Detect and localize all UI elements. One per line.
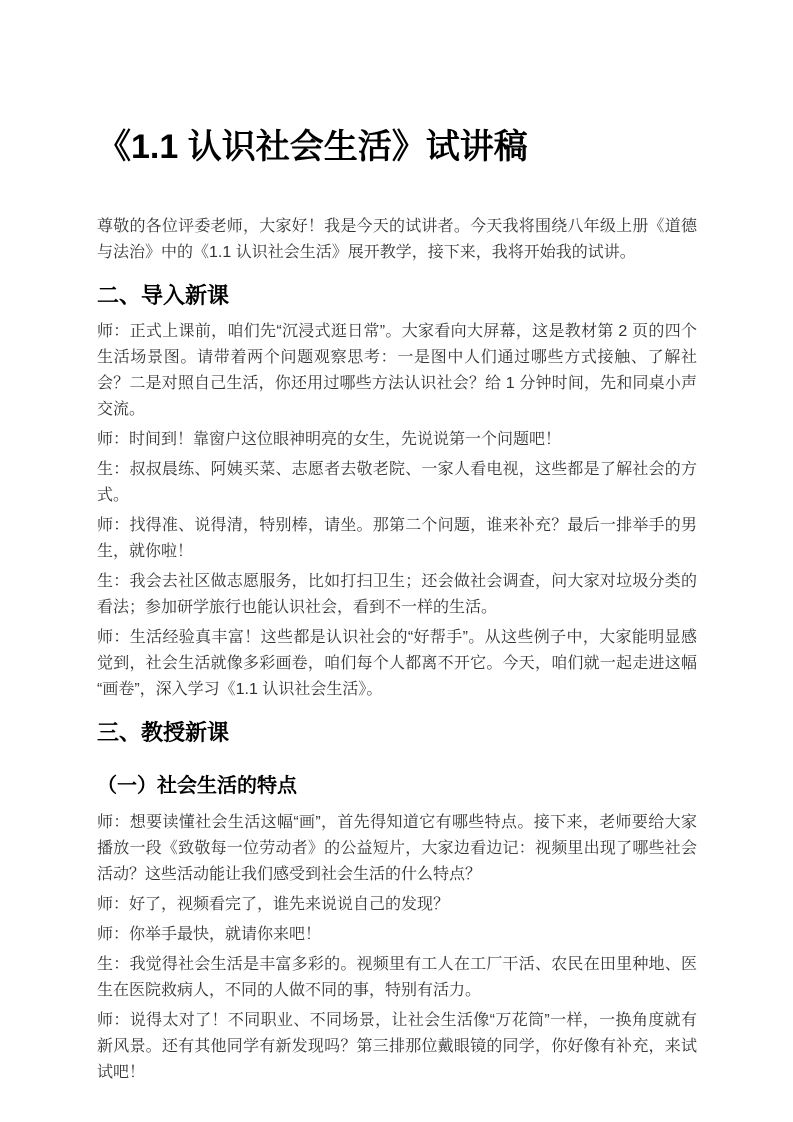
student-paragraph: 生：我会去社区做志愿服务，比如打扫卫生；还会做社会调查，问大家对垃圾分类的看法；… [97,569,697,621]
section-heading-lead-in: 二、导入新课 [97,281,697,311]
teacher-paragraph: 师：说得太对了！不同职业、不同场景，让社会生活像“万花筒”一样，一换角度就有新风… [97,1008,697,1086]
teacher-paragraph: 师：好了，视频看完了，谁先来说说自己的发现？ [97,892,697,918]
section-heading-new-lesson: 三、教授新课 [97,718,697,748]
teacher-paragraph: 师：时间到！靠窗户这位眼神明亮的女生，先说说第一个问题吧！ [97,427,697,453]
teacher-paragraph: 师：找得准、说得清，特别棒，请坐。那第二个问题，谁来补充？最后一排举手的男生，就… [97,513,697,565]
teacher-paragraph: 师：生活经验真丰富！这些都是认识社会的“好帮手”。从这些例子中，大家能明显感觉到… [97,625,697,703]
student-paragraph: 生：叔叔晨练、阿姨买菜、志愿者去敬老院、一家人看电视，这些都是了解社会的方式。 [97,457,697,509]
teacher-paragraph: 师：正式上课前，咱们先“沉浸式逛日常”。大家看向大屏幕，这是教材第 2 页的四个… [97,319,697,423]
intro-paragraph: 尊敬的各位评委老师，大家好！我是今天的试讲者。今天我将围绕八年级上册《道德与法治… [97,214,697,266]
doc-title: 《1.1 认识社会生活》试讲稿 [97,126,697,168]
student-paragraph: 生：我觉得社会生活是丰富多彩的。视频里有工人在工厂干活、农民在田里种地、医生在医… [97,952,697,1004]
teacher-paragraph: 师：想要读懂社会生活这幅“画”，首先得知道它有哪些特点。接下来，老师要给大家播放… [97,810,697,888]
document-page: 《1.1 认识社会生活》试讲稿 尊敬的各位评委老师，大家好！我是今天的试讲者。今… [0,0,793,1122]
subsection-heading-features: （一）社会生活的特点 [97,772,697,800]
teacher-paragraph: 师：你举手最快，就请你来吧！ [97,922,697,948]
